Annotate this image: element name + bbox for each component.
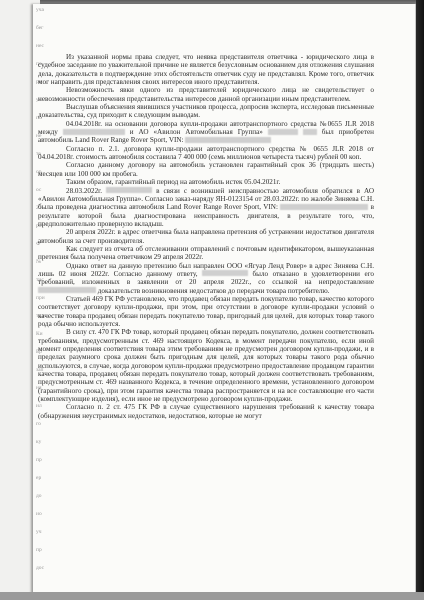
paragraph-diagnostics: 28.03.2022г. в связи с возникшей неиспра… — [38, 187, 374, 229]
paragraph-price: Согласно п. 2.1. договора купли-продажи … — [38, 145, 374, 162]
paragraph-article-475: Согласно п. 2 ст. 475 ГК РФ в случае сущ… — [38, 403, 374, 420]
ghost-margin-fragment: уча — [36, 6, 50, 24]
paragraph-nonappearance-rule: Из указанной нормы права следует, что не… — [38, 53, 374, 86]
redacted-name — [38, 287, 96, 293]
paragraph-claim-response: Однако ответ на данную претензию был нап… — [38, 262, 374, 295]
ghost-margin-fragment: пр — [36, 546, 50, 564]
redacted-name — [303, 129, 317, 135]
ghost-margin-fragment: го — [36, 420, 50, 438]
ghost-margin-fragment: уч — [36, 528, 50, 546]
ghost-margin-fragment: до — [36, 492, 50, 510]
redacted-buyer-name — [63, 129, 125, 135]
redacted-details — [268, 129, 298, 135]
scanner-bottom-edge — [0, 592, 424, 600]
paragraph-claim-sent: 20 апреля 2022г. в адрес ответчика была … — [38, 228, 374, 245]
paragraph-warranty-term: Согласно данному договору на автомобиль … — [38, 161, 374, 178]
ghost-margin-fragment: ио — [36, 510, 50, 528]
document-body: Из указанной нормы права следует, что не… — [38, 53, 374, 420]
redacted-vin — [280, 204, 368, 210]
ghost-margin-fragment: ер — [36, 474, 50, 492]
paragraph-warranty-expired: Таким образом, гарантийный период на авт… — [38, 178, 374, 186]
paragraph-purchase-contract: 04.04.2018г. на основании договора купли… — [38, 120, 374, 145]
scanner-right-edge — [416, 0, 424, 600]
ghost-margin-fragment: бег — [36, 24, 50, 42]
ghost-margin-fragment: ку — [36, 438, 50, 456]
ghost-margin-fragment: дос — [36, 564, 50, 582]
redacted-plaintiff-name — [202, 270, 248, 276]
paragraph-hearing: Выслушав объяснения явившихся участников… — [38, 103, 374, 120]
paragraph-representation: Невозможность явки одного из представите… — [38, 86, 374, 103]
paragraph-article-470: В силу ст. 470 ГК РФ товар, который прод… — [38, 328, 374, 403]
redacted-plaintiff-name — [106, 187, 152, 193]
paragraph-claim-received: Как следует из отчета об отслеживании от… — [38, 245, 374, 262]
paragraph-article-469: Статьей 469 ГК РФ установлено, что прода… — [38, 295, 374, 328]
redacted-vin — [185, 137, 271, 143]
ghost-margin-fragment: пр — [36, 456, 50, 474]
